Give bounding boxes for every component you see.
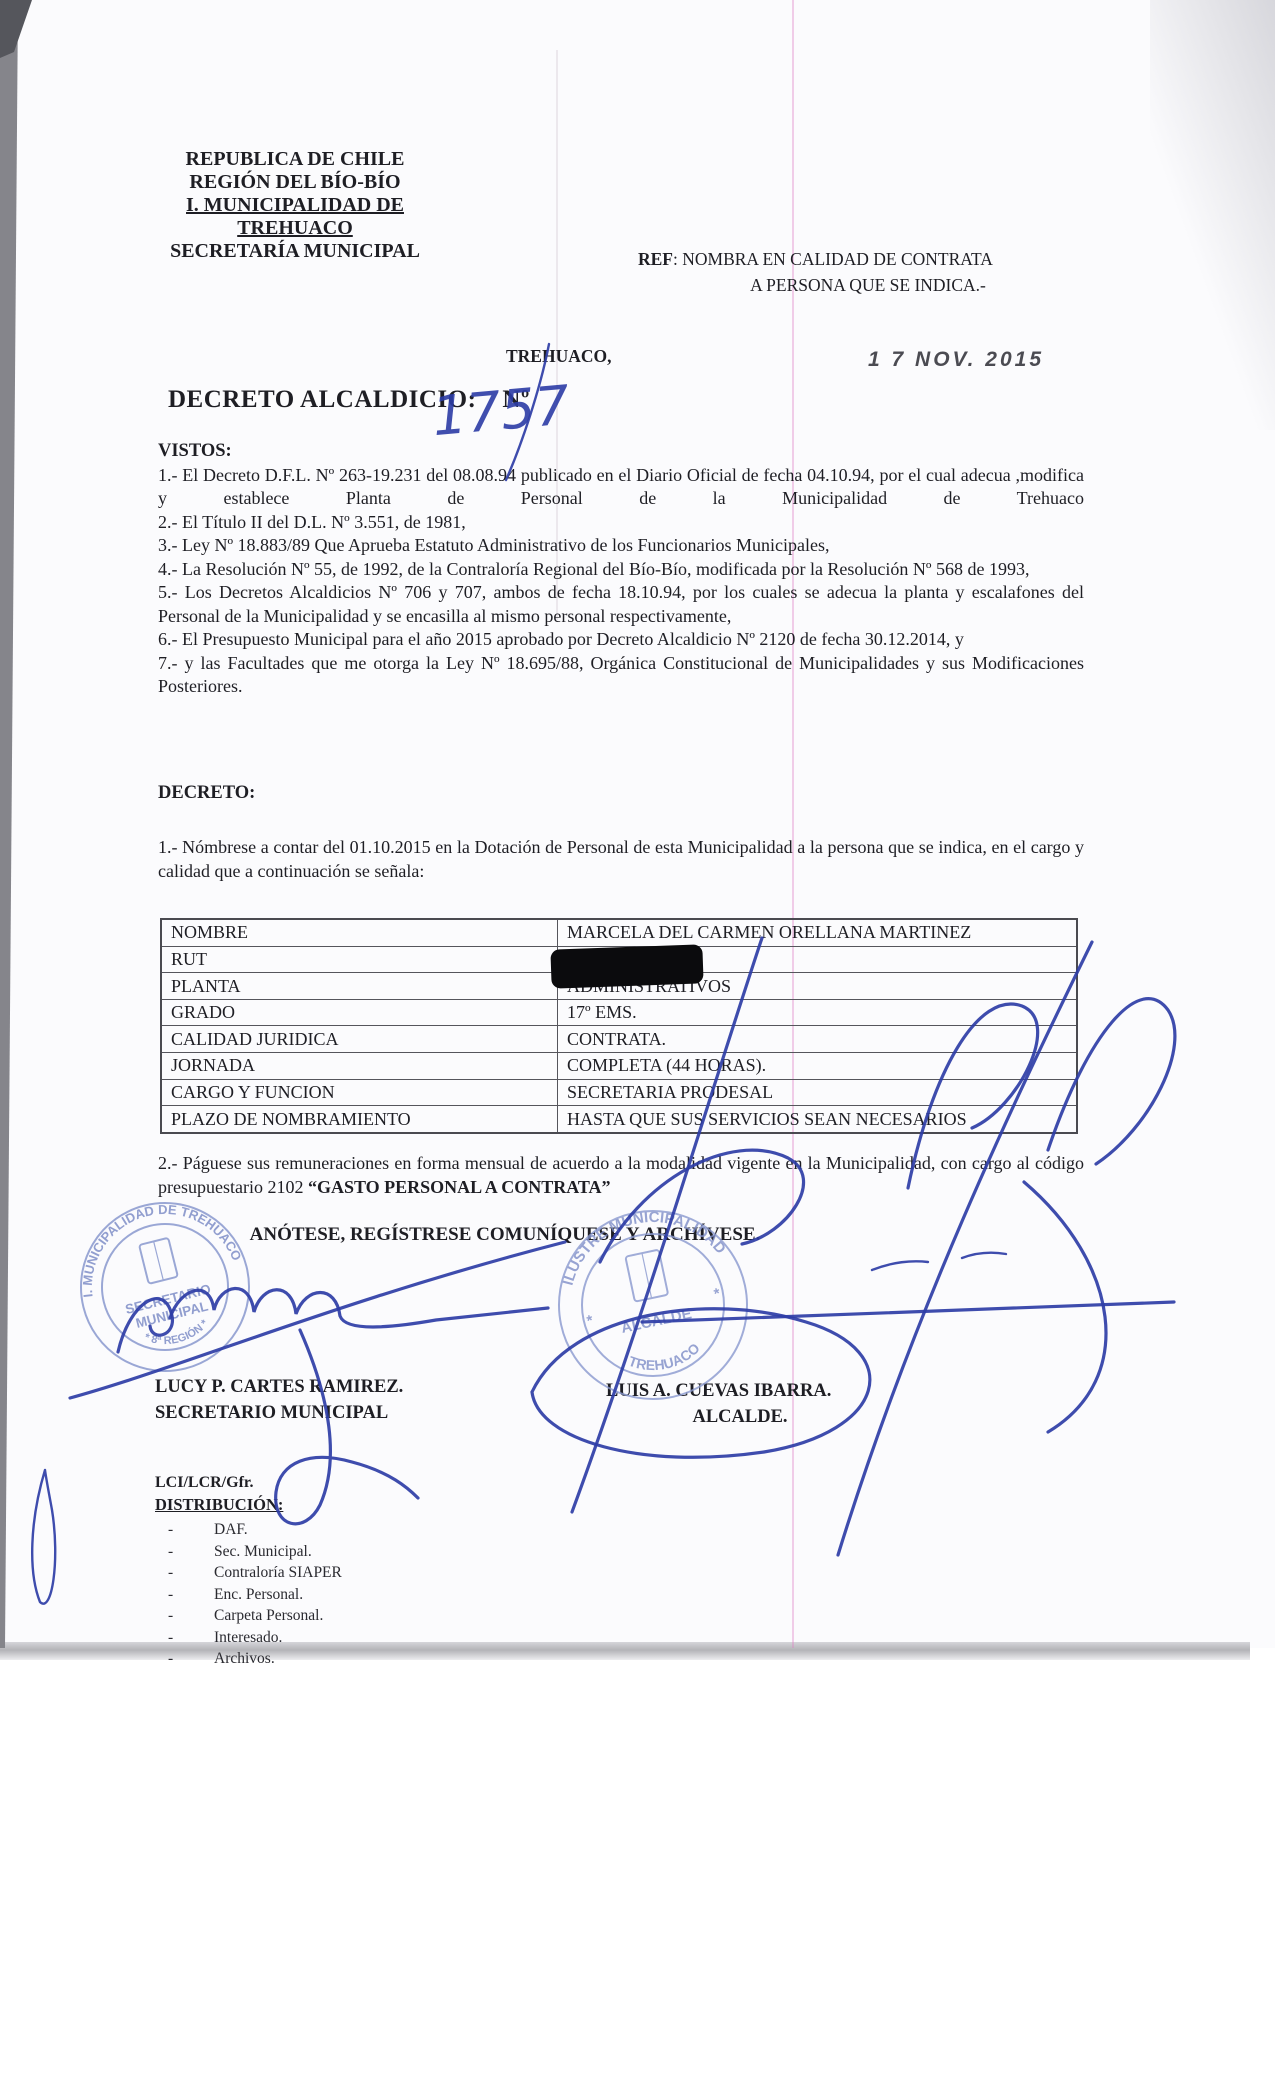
list-dash: -: [168, 1584, 214, 1606]
scanner-background: [0, 1660, 1275, 2100]
vistos-item: 1.- El Decreto D.F.L. Nº 263-19.231 del …: [158, 464, 1084, 511]
letterhead: REPUBLICA DE CHILE REGIÓN DEL BÍO-BÍO I.…: [140, 148, 450, 263]
reference-line2: A PERSONA QUE SE INDICA.-: [638, 272, 1098, 298]
decreto-paragraph-1: 1.- Nómbrese a contar del 01.10.2015 en …: [158, 836, 1084, 883]
list-text: Enc. Personal.: [214, 1584, 303, 1606]
list-item: -Contraloría SIAPER: [168, 1562, 342, 1584]
list-item: -Carpeta Personal.: [168, 1605, 342, 1627]
list-text: Sec. Municipal.: [214, 1541, 312, 1563]
list-text: Interesado.: [214, 1627, 282, 1649]
decree-number-symbol: Nº: [502, 386, 529, 413]
vistos-item: 3.- Ley Nº 18.883/89 Que Aprueba Estatut…: [158, 534, 1084, 558]
row-label: CALIDAD JURIDICA: [161, 1026, 558, 1053]
row-label: RUT: [161, 946, 558, 973]
letterhead-region: REGIÓN DEL BÍO-BÍO: [140, 171, 450, 194]
distribution-heading: DISTRIBUCIÓN:: [155, 1495, 283, 1515]
row-value: SECRETARIA PRODESAL: [558, 1079, 1078, 1106]
vistos-item: 4.- La Resolución Nº 55, de 1992, de la …: [158, 558, 1084, 582]
vistos-section: VISTOS: 1.- El Decreto D.F.L. Nº 263-19.…: [158, 440, 1084, 699]
place-line: TREHUACO,: [506, 346, 612, 367]
date-stamp: 1 7 NOV. 2015: [868, 348, 1044, 372]
list-dash: -: [168, 1648, 214, 1670]
letterhead-municipality: I. MUNICIPALIDAD DE TREHUACO: [140, 194, 450, 240]
list-dash: -: [168, 1627, 214, 1649]
list-text: Carpeta Personal.: [214, 1605, 323, 1627]
list-text: Archivos.: [214, 1648, 275, 1670]
reference-text: : NOMBRA EN CALIDAD DE CONTRATA: [673, 249, 993, 269]
row-label: JORNADA: [161, 1053, 558, 1080]
paragraph-2-normal: 2.- Páguese sus remuneraciones en forma …: [158, 1153, 1084, 1197]
reference-label: REF: [638, 249, 673, 269]
reference-block: REF: NOMBRA EN CALIDAD DE CONTRATA A PER…: [638, 246, 1098, 298]
decreto-section-heading-wrap: DECRETO:: [158, 782, 1084, 806]
initials-line: LCI/LCR/Gfr.: [155, 1474, 254, 1492]
decreto-paragraph-2: 2.- Páguese sus remuneraciones en forma …: [158, 1152, 1084, 1199]
list-item: -DAF.: [168, 1519, 342, 1541]
table-row: CARGO Y FUNCIONSECRETARIA PRODESAL: [161, 1079, 1077, 1106]
secretary-title: SECRETARIO MUNICIPAL: [155, 1400, 403, 1426]
reference-line1: REF: NOMBRA EN CALIDAD DE CONTRATA: [638, 246, 1098, 272]
distribution-list: -DAF. -Sec. Municipal. -Contraloría SIAP…: [168, 1519, 342, 1670]
list-text: Contraloría SIAPER: [214, 1562, 342, 1584]
mayor-name: LUIS A. CUEVAS IBARRA.: [606, 1378, 874, 1404]
table-row: GRADO17º EMS.: [161, 999, 1077, 1026]
paragraph-1-text: 1.- Nómbrese a contar del 01.10.2015 en …: [158, 836, 1084, 883]
paper-left-edge: [0, 0, 40, 1650]
row-value: COMPLETA (44 HORAS).: [558, 1053, 1078, 1080]
list-item: -Enc. Personal.: [168, 1584, 342, 1606]
list-item: -Archivos.: [168, 1648, 342, 1670]
vistos-heading: VISTOS:: [158, 440, 1084, 464]
row-label: PLANTA: [161, 973, 558, 1000]
paper-corner-shading: [1150, 0, 1275, 430]
list-item: -Sec. Municipal.: [168, 1541, 342, 1563]
row-label: PLAZO DE NOMBRAMIENTO: [161, 1106, 558, 1133]
list-dash: -: [168, 1541, 214, 1563]
signature-block-mayor: LUIS A. CUEVAS IBARRA. ALCALDE.: [606, 1378, 874, 1430]
row-label: NOMBRE: [161, 919, 558, 946]
anotese-line: ANÓTESE, REGÍSTRESE COMUNÍQUESE Y ARCHÍV…: [150, 1224, 860, 1246]
mayor-title: ALCALDE.: [606, 1404, 874, 1430]
letterhead-office: SECRETARÍA MUNICIPAL: [140, 240, 450, 263]
signature-block-secretary: LUCY P. CARTES RAMIREZ. SECRETARIO MUNIC…: [155, 1374, 403, 1426]
scanned-decree-page: REPUBLICA DE CHILE REGIÓN DEL BÍO-BÍO I.…: [0, 0, 1275, 2100]
list-item: -Interesado.: [168, 1627, 342, 1649]
vistos-item: 2.- El Título II del D.L. Nº 3.551, de 1…: [158, 511, 1084, 535]
letterhead-country: REPUBLICA DE CHILE: [140, 148, 450, 171]
table-row: PLAZO DE NOMBRAMIENTOHASTA QUE SUS SERVI…: [161, 1106, 1077, 1133]
secretary-name: LUCY P. CARTES RAMIREZ.: [155, 1374, 403, 1400]
table-row: CALIDAD JURIDICACONTRATA.: [161, 1026, 1077, 1053]
paragraph-2-text: 2.- Páguese sus remuneraciones en forma …: [158, 1152, 1084, 1199]
row-value: MARCELA DEL CARMEN ORELLANA MARTINEZ: [558, 919, 1078, 946]
paragraph-2-bold: “GASTO PERSONAL A CONTRATA”: [308, 1177, 611, 1197]
row-label: GRADO: [161, 999, 558, 1026]
decree-title-line: DECRETO ALCALDICIO:Nº: [168, 386, 530, 414]
vistos-item: 6.- El Presupuesto Municipal para el año…: [158, 628, 1084, 652]
list-dash: -: [168, 1519, 214, 1541]
vistos-item: 5.- Los Decretos Alcaldicios Nº 706 y 70…: [158, 581, 1084, 628]
list-dash: -: [168, 1605, 214, 1627]
list-text: DAF.: [214, 1519, 248, 1541]
vistos-item: 7.- y las Facultades que me otorga la Le…: [158, 652, 1084, 699]
row-label: CARGO Y FUNCION: [161, 1079, 558, 1106]
list-dash: -: [168, 1562, 214, 1584]
row-value: CONTRATA.: [558, 1026, 1078, 1053]
table-row: NOMBREMARCELA DEL CARMEN ORELLANA MARTIN…: [161, 919, 1077, 946]
row-value: HASTA QUE SUS SERVICIOS SEAN NECESARIOS: [558, 1106, 1078, 1133]
decree-label: DECRETO ALCALDICIO:: [168, 386, 476, 413]
rut-redaction-box: [550, 944, 703, 988]
decreto-heading: DECRETO:: [158, 782, 1084, 806]
row-value: 17º EMS.: [558, 999, 1078, 1026]
table-row: JORNADACOMPLETA (44 HORAS).: [161, 1053, 1077, 1080]
